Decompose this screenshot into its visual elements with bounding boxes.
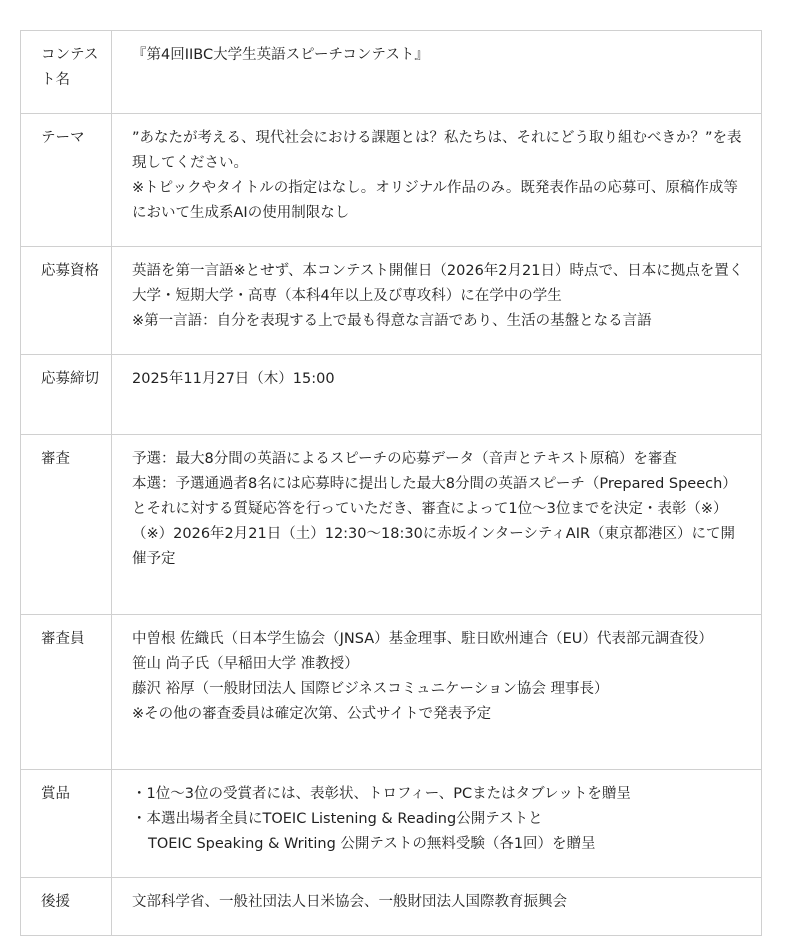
- row-value: 英語を第一言語※とせず、本コンテスト開催日（2026年2月21日）時点で、日本に…: [112, 247, 762, 355]
- row-label: 審査: [21, 435, 112, 615]
- row-judges: 審査員 中曽根 佐織氏（日本学生協会（JNSA）基金理事、駐日欧州連合（EU）代…: [21, 615, 762, 770]
- final-text: 本選：予選通過者8名には応募時に提出した最大8分間の英語スピーチ（Prepare…: [132, 472, 745, 522]
- row-theme: テーマ ”あなたが考える、現代社会における課題とは？私たちは、それにどう取り組む…: [21, 114, 762, 247]
- row-label: 後援: [21, 878, 112, 936]
- contest-info-table: コンテスト名 『第4回IIBC大学生英語スピーチコンテスト』 テーマ ”あなたが…: [20, 30, 762, 936]
- row-label: コンテスト名: [21, 31, 112, 114]
- row-value: ”あなたが考える、現代社会における課題とは？私たちは、それにどう取り組むべきか？…: [112, 114, 762, 247]
- theme-note: ※トピックやタイトルの指定はなし。オリジナル作品のみ。既発表作品の応募可、原稿作…: [132, 176, 745, 226]
- theme-text: ”あなたが考える、現代社会における課題とは？私たちは、それにどう取り組むべきか？…: [132, 126, 745, 176]
- row-label: テーマ: [21, 114, 112, 247]
- row-label: 応募締切: [21, 355, 112, 435]
- contest-name-text: 『第4回IIBC大学生英語スピーチコンテスト』: [132, 43, 745, 68]
- final-event-note: （※）2026年2月21日（土）12:30～18:30に赤坂インターシティAIR…: [132, 522, 745, 572]
- row-value: 『第4回IIBC大学生英語スピーチコンテスト』: [112, 31, 762, 114]
- row-prizes: 賞品 ・1位～3位の受賞者には、表彰状、トロフィー、PCまたはタブレットを贈呈 …: [21, 770, 762, 878]
- row-value: 中曽根 佐織氏（日本学生協会（JNSA）基金理事、駐日欧州連合（EU）代表部元調…: [112, 615, 762, 770]
- judges-note: ※その他の審査委員は確定次第、公式サイトで発表予定: [132, 702, 745, 727]
- preliminary-text: 予選：最大8分間の英語によるスピーチの応募データ（音声とテキスト原稿）を審査: [132, 447, 745, 472]
- eligibility-note: ※第一言語：自分を表現する上で最も得意な言語であり、生活の基盤となる言語: [132, 309, 745, 334]
- row-judging: 審査 予選：最大8分間の英語によるスピーチの応募データ（音声とテキスト原稿）を審…: [21, 435, 762, 615]
- row-deadline: 応募締切 2025年11月27日（木）15:00: [21, 355, 762, 435]
- prize-item-continued: TOEIC Speaking & Writing 公開テストの無料受験（各1回）…: [132, 832, 745, 857]
- row-contest-name: コンテスト名 『第4回IIBC大学生英語スピーチコンテスト』: [21, 31, 762, 114]
- prize-item: ・本選出場者全員にTOEIC Listening & Reading公開テストと: [132, 807, 745, 832]
- row-label: 審査員: [21, 615, 112, 770]
- row-label: 賞品: [21, 770, 112, 878]
- deadline-text: 2025年11月27日（木）15:00: [132, 367, 745, 392]
- row-value: 予選：最大8分間の英語によるスピーチの応募データ（音声とテキスト原稿）を審査 本…: [112, 435, 762, 615]
- judge-item: 藤沢 裕厚（一般財団法人 国際ビジネスコミュニケーション協会 理事長）: [132, 677, 745, 702]
- judge-item: 中曽根 佐織氏（日本学生協会（JNSA）基金理事、駐日欧州連合（EU）代表部元調…: [132, 627, 745, 652]
- row-label: 応募資格: [21, 247, 112, 355]
- sponsors-text: 文部科学省、一般社団法人日米協会、一般財団法人国際教育振興会: [132, 890, 745, 915]
- row-value: 文部科学省、一般社団法人日米協会、一般財団法人国際教育振興会: [112, 878, 762, 936]
- prize-item: ・1位～3位の受賞者には、表彰状、トロフィー、PCまたはタブレットを贈呈: [132, 782, 745, 807]
- row-sponsors: 後援 文部科学省、一般社団法人日米協会、一般財団法人国際教育振興会: [21, 878, 762, 936]
- row-value: ・1位～3位の受賞者には、表彰状、トロフィー、PCまたはタブレットを贈呈 ・本選…: [112, 770, 762, 878]
- row-value: 2025年11月27日（木）15:00: [112, 355, 762, 435]
- eligibility-text: 英語を第一言語※とせず、本コンテスト開催日（2026年2月21日）時点で、日本に…: [132, 259, 745, 309]
- row-eligibility: 応募資格 英語を第一言語※とせず、本コンテスト開催日（2026年2月21日）時点…: [21, 247, 762, 355]
- judge-item: 笹山 尚子氏（早稲田大学 准教授）: [132, 652, 745, 677]
